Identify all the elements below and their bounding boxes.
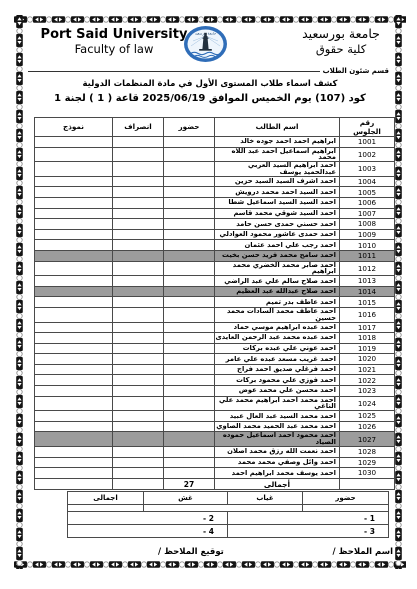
frame-border-bottom <box>14 560 406 569</box>
leave-cell <box>113 250 164 261</box>
form-cell <box>35 286 113 297</box>
student-row: 1014 احمد صلاح عبدالله عبد العظيم <box>35 286 395 297</box>
seat-number-cell: 1029 <box>340 457 395 468</box>
seat-number-cell: 1002 <box>340 147 395 162</box>
student-name-cell: احمد صابر محمد الخضري محمد ابراهيم <box>215 261 340 276</box>
student-name-cell: احمد عاطف محمد السادات محمد حسين <box>215 307 340 322</box>
attendance-cell <box>164 343 215 354</box>
form-cell <box>35 147 113 162</box>
attendance-cell <box>164 297 215 308</box>
summary-attendance-value <box>303 505 389 512</box>
summary-cheating-header: غش <box>144 492 228 505</box>
student-name-cell: احمد سامح محمد فريد حسن بخيت <box>215 250 340 261</box>
student-name-cell: احمد فرغلي صديق احمد فراج <box>215 364 340 375</box>
attendance-cell <box>164 261 215 276</box>
total-label-cell: أجمالى <box>215 478 340 490</box>
leave-cell <box>113 333 164 344</box>
attendance-cell <box>164 276 215 287</box>
attendance-header: حضور <box>164 118 215 137</box>
attendance-cell <box>164 396 215 411</box>
seat-number-cell: 1020 <box>340 354 395 365</box>
leave-cell <box>113 375 164 386</box>
summary-absence-header: غياب <box>228 492 303 505</box>
observer-signature-label: توقيع الملاحظ / <box>158 547 224 557</box>
summary-total-value <box>68 505 144 512</box>
student-row: 1027 احمد محمود احمد اسماعيل حموده الصيا… <box>35 432 395 447</box>
leave-cell <box>113 468 164 479</box>
student-name-cell: احمد صلاح عبدالله عبد العظيم <box>215 286 340 297</box>
leave-cell <box>113 187 164 198</box>
form-cell <box>35 219 113 230</box>
seat-number-cell: 1025 <box>340 411 395 422</box>
student-name-cell: احمد حمدى عاشور محمود العوادلي <box>215 229 340 240</box>
leave-cell <box>113 137 164 148</box>
student-row: 1029 احمد وائل وصفي محمد محمد <box>35 457 395 468</box>
seat-number-cell: 1023 <box>340 386 395 397</box>
leave-cell <box>113 354 164 365</box>
attendance-cell <box>164 307 215 322</box>
frame-border-right <box>394 15 403 569</box>
student-row: 1026 احمد محمد عبد الحميد محمد الصاوي <box>35 421 395 432</box>
attendance-cell <box>164 375 215 386</box>
seat-number-cell: 1012 <box>340 261 395 276</box>
student-row: 1003 احمد ابراهيم السيد العربي عبدالحميد… <box>35 162 395 177</box>
seat-number-cell: 1016 <box>340 307 395 322</box>
summary-header-row: حضور غياب غش اجمالى <box>68 492 389 505</box>
attendance-cell <box>164 137 215 148</box>
form-cell <box>35 208 113 219</box>
attendance-cell <box>164 240 215 251</box>
sheet-title: كشف اسماء طلاب المستوى الأول في مادة الم… <box>28 79 392 89</box>
student-row: 1024 احمد محمد احمد ابراهيم محمد علي الن… <box>35 396 395 411</box>
summary-values-row <box>68 505 389 512</box>
form-cell <box>35 250 113 261</box>
attendance-cell <box>164 219 215 230</box>
seat-number-cell: 1028 <box>340 447 395 458</box>
total-seat-cell <box>340 478 395 490</box>
session-info-line: كود (107) يوم الخميس الموافق 2025/06/19 … <box>28 93 392 104</box>
form-cell <box>35 187 113 198</box>
leave-cell <box>113 396 164 411</box>
summary-table: حضور غياب غش اجمالى - 1 - 2 - 3 - 4 <box>67 491 389 538</box>
student-row: 1013 احمد صلاح سالم علي عبد الراضي <box>35 276 395 287</box>
seat-number-cell: 1021 <box>340 364 395 375</box>
student-name-cell: احمد السيد احمد محمد درويش <box>215 187 340 198</box>
attendance-sheet-page: Port Said University Faculty of law جامع… <box>0 0 417 589</box>
note-3: - 3 <box>364 527 375 536</box>
student-name-cell: احمد غريب مسعد عبده علي عامر <box>215 354 340 365</box>
student-row: 1030 احمد يوسف محمد ابراهيم احمد <box>35 468 395 479</box>
student-name-cell: احمد محسن علي محمد عوض <box>215 386 340 397</box>
seat-number-cell: 1008 <box>340 219 395 230</box>
note-2-cell: - 2 <box>68 512 228 525</box>
student-row: 1004 احمد اشرف السيد السيد حزين <box>35 176 395 187</box>
student-name-cell: احمد ابراهيم السيد العربي عبدالحميد يوسف <box>215 162 340 177</box>
form-cell <box>35 322 113 333</box>
form-cell <box>35 411 113 422</box>
student-name-cell: احمد عاطف بدر تميم <box>215 297 340 308</box>
student-row: 1001 ابراهيم احمد احمد جوده خالد <box>35 137 395 148</box>
attendance-cell <box>164 229 215 240</box>
leave-cell <box>113 286 164 297</box>
student-name-cell: احمد نعمت الله رزق محمد اصلان <box>215 447 340 458</box>
leave-cell <box>113 447 164 458</box>
student-name-cell: احمد محمد السيد عبد العال عبيد <box>215 411 340 422</box>
seat-number-cell: 1007 <box>340 208 395 219</box>
form-cell <box>35 176 113 187</box>
seat-number-cell: 1014 <box>340 286 395 297</box>
total-row: أجمالى 27 <box>35 478 395 490</box>
student-row: 1015 احمد عاطف بدر تميم <box>35 297 395 308</box>
students-header-row: رقم الجلوس اسم الطالب حضور انصراف نموذج <box>35 118 395 137</box>
student-name-cell: احمد فوزي علي محمود بركات <box>215 375 340 386</box>
student-name-cell: احمد عبده ابراهيم موسي حماد <box>215 322 340 333</box>
student-row: 1020 احمد غريب مسعد عبده علي عامر <box>35 354 395 365</box>
form-cell <box>35 276 113 287</box>
department-divider: قسم شئون الطلاب <box>28 67 392 75</box>
form-cell <box>35 229 113 240</box>
university-logo: جامعة بورسعيد <box>183 24 228 64</box>
student-row: 1007 احمد السيد شوقي محمد قاسم <box>35 208 395 219</box>
form-cell <box>35 333 113 344</box>
department-label: قسم شئون الطلاب <box>320 67 392 75</box>
notes-row-2: - 3 - 4 <box>68 525 389 538</box>
leave-cell <box>113 147 164 162</box>
seat-number-cell: 1019 <box>340 343 395 354</box>
frame-border-top <box>14 15 406 24</box>
note-1: - 1 <box>364 514 375 523</box>
attendance-cell <box>164 176 215 187</box>
summary-attendance-header: حضور <box>303 492 389 505</box>
seat-number-cell: 1010 <box>340 240 395 251</box>
form-cell <box>35 432 113 447</box>
notes-row-1: - 1 - 2 <box>68 512 389 525</box>
note-2: - 2 <box>203 514 214 523</box>
student-row: 1023 احمد محسن علي محمد عوض <box>35 386 395 397</box>
attendance-cell <box>164 447 215 458</box>
leave-cell <box>113 364 164 375</box>
student-row: 1019 احمد عوني علي عبده بركات <box>35 343 395 354</box>
student-name-cell: احمد وائل وصفي محمد محمد <box>215 457 340 468</box>
leave-cell <box>113 457 164 468</box>
form-cell <box>35 468 113 479</box>
attendance-cell <box>164 286 215 297</box>
student-name-cell: احمد عوني علي عبده بركات <box>215 343 340 354</box>
attendance-cell <box>164 457 215 468</box>
form-cell <box>35 364 113 375</box>
attendance-cell <box>164 197 215 208</box>
students-tbody: 1001 ابراهيم احمد احمد جوده خالد 1002 اب… <box>35 137 395 479</box>
student-row: 1017 احمد عبده ابراهيم موسي حماد <box>35 322 395 333</box>
faculty-name-ar: كلية حقوق <box>293 42 389 56</box>
student-row: 1021 احمد فرغلي صديق احمد فراج <box>35 364 395 375</box>
leave-cell <box>113 421 164 432</box>
leave-cell <box>113 229 164 240</box>
university-name-en: Port Said University <box>28 27 200 43</box>
leave-cell <box>113 322 164 333</box>
seat-number-cell: 1005 <box>340 187 395 198</box>
form-cell <box>35 421 113 432</box>
leave-cell <box>113 162 164 177</box>
student-name-cell: احمد حسني حمدى حسن حامد <box>215 219 340 230</box>
form-cell <box>35 197 113 208</box>
student-row: 1022 احمد فوزي علي محمود بركات <box>35 375 395 386</box>
student-row: 1011 احمد سامح محمد فريد حسن بخيت <box>35 250 395 261</box>
university-name-ar: جامعة بورسعيد <box>293 26 389 42</box>
seat-number-cell: 1017 <box>340 322 395 333</box>
university-header-english: Port Said University Faculty of law <box>28 27 200 57</box>
student-name-cell: احمد يوسف محمد ابراهيم احمد <box>215 468 340 479</box>
seat-number-cell: 1006 <box>340 197 395 208</box>
student-row: 1008 احمد حسني حمدى حسن حامد <box>35 219 395 230</box>
attendance-cell <box>164 411 215 422</box>
seat-number-cell: 1001 <box>340 137 395 148</box>
leave-cell <box>113 343 164 354</box>
seat-number-cell: 1015 <box>340 297 395 308</box>
student-row: 1009 احمد حمدى عاشور محمود العوادلي <box>35 229 395 240</box>
attendance-cell <box>164 432 215 447</box>
note-3-cell: - 3 <box>228 525 389 538</box>
seat-number-cell: 1022 <box>340 375 395 386</box>
student-row: 1028 احمد نعمت الله رزق محمد اصلان <box>35 447 395 458</box>
faculty-name-en: Faculty of law <box>28 43 200 57</box>
student-name-cell: احمد صلاح سالم علي عبد الراضي <box>215 276 340 287</box>
form-cell <box>35 261 113 276</box>
leave-cell <box>113 386 164 397</box>
student-row: 1005 احمد السيد احمد محمد درويش <box>35 187 395 198</box>
student-row: 1006 احمد السيد السيد اسماعيل شطا <box>35 197 395 208</box>
leave-cell <box>113 219 164 230</box>
form-cell <box>35 375 113 386</box>
form-cell <box>35 386 113 397</box>
student-name-cell: احمد السيد شوقي محمد قاسم <box>215 208 340 219</box>
form-header: نموذج <box>35 118 113 137</box>
seat-number-cell: 1004 <box>340 176 395 187</box>
student-name-cell: احمد رجب علي احمد عثمان <box>215 240 340 251</box>
student-row: 1018 احمد عبده محمد عبد الرحمن العايدى <box>35 333 395 344</box>
observer-name-label: اسم الملاحظ / <box>333 547 393 557</box>
leave-cell <box>113 432 164 447</box>
student-name-cell: ابراهيم احمد احمد جوده خالد <box>215 137 340 148</box>
form-cell <box>35 137 113 148</box>
summary-cheating-value <box>144 505 228 512</box>
student-name-cell: ابراهيم اسماعيل احمد عبد اللاه محمد <box>215 147 340 162</box>
attendance-cell <box>164 250 215 261</box>
form-cell <box>35 447 113 458</box>
seat-number-cell: 1018 <box>340 333 395 344</box>
leave-cell <box>113 297 164 308</box>
seat-number-cell: 1027 <box>340 432 395 447</box>
attendance-cell <box>164 333 215 344</box>
leave-cell <box>113 276 164 287</box>
leave-cell <box>113 411 164 422</box>
seat-number-header: رقم الجلوس <box>340 118 395 137</box>
student-name-cell: احمد السيد السيد اسماعيل شطا <box>215 197 340 208</box>
seat-number-cell: 1024 <box>340 396 395 411</box>
university-header-arabic: جامعة بورسعيد كلية حقوق <box>293 26 389 57</box>
form-cell <box>35 307 113 322</box>
summary-total-header: اجمالى <box>68 492 144 505</box>
seat-number-cell: 1030 <box>340 468 395 479</box>
form-cell <box>35 354 113 365</box>
seat-number-cell: 1013 <box>340 276 395 287</box>
leave-cell <box>113 307 164 322</box>
total-leave-cell <box>113 478 164 490</box>
leave-cell <box>113 240 164 251</box>
summary-absence-value <box>228 505 303 512</box>
student-name-cell: احمد محمد احمد ابراهيم محمد علي الناغي <box>215 396 340 411</box>
student-name-header: اسم الطالب <box>215 118 340 137</box>
attendance-cell <box>164 322 215 333</box>
attendance-cell <box>164 354 215 365</box>
attendance-cell <box>164 187 215 198</box>
form-cell <box>35 162 113 177</box>
leave-header: انصراف <box>113 118 164 137</box>
attendance-cell <box>164 421 215 432</box>
student-row: 1002 ابراهيم اسماعيل احمد عبد اللاه محمد <box>35 147 395 162</box>
note-1-cell: - 1 <box>228 512 389 525</box>
leave-cell <box>113 261 164 276</box>
divider-line <box>28 71 320 72</box>
attendance-cell <box>164 162 215 177</box>
seat-number-cell: 1026 <box>340 421 395 432</box>
total-form-cell <box>35 478 113 490</box>
form-cell <box>35 297 113 308</box>
student-row: 1025 احمد محمد السيد عبد العال عبيد <box>35 411 395 422</box>
note-4: - 4 <box>203 527 214 536</box>
students-table: رقم الجلوس اسم الطالب حضور انصراف نموذج … <box>34 117 395 490</box>
seat-number-cell: 1003 <box>340 162 395 177</box>
attendance-cell <box>164 147 215 162</box>
seat-number-cell: 1011 <box>340 250 395 261</box>
leave-cell <box>113 197 164 208</box>
form-cell <box>35 240 113 251</box>
attendance-cell <box>164 364 215 375</box>
form-cell <box>35 457 113 468</box>
student-name-cell: احمد اشرف السيد السيد حزين <box>215 176 340 187</box>
student-name-cell: احمد محمود احمد اسماعيل حموده الصياد <box>215 432 340 447</box>
attendance-cell <box>164 208 215 219</box>
student-name-cell: احمد محمد عبد الحميد محمد الصاوي <box>215 421 340 432</box>
attendance-cell <box>164 386 215 397</box>
form-cell <box>35 396 113 411</box>
student-row: 1010 احمد رجب علي احمد عثمان <box>35 240 395 251</box>
total-attendance-cell: 27 <box>164 478 215 490</box>
frame-border-left <box>15 15 24 569</box>
attendance-cell <box>164 468 215 479</box>
leave-cell <box>113 208 164 219</box>
student-row: 1016 احمد عاطف محمد السادات محمد حسين <box>35 307 395 322</box>
student-name-cell: احمد عبده محمد عبد الرحمن العايدى <box>215 333 340 344</box>
student-row: 1012 احمد صابر محمد الخضري محمد ابراهيم <box>35 261 395 276</box>
note-4-cell: - 4 <box>68 525 228 538</box>
leave-cell <box>113 176 164 187</box>
form-cell <box>35 343 113 354</box>
seat-number-cell: 1009 <box>340 229 395 240</box>
